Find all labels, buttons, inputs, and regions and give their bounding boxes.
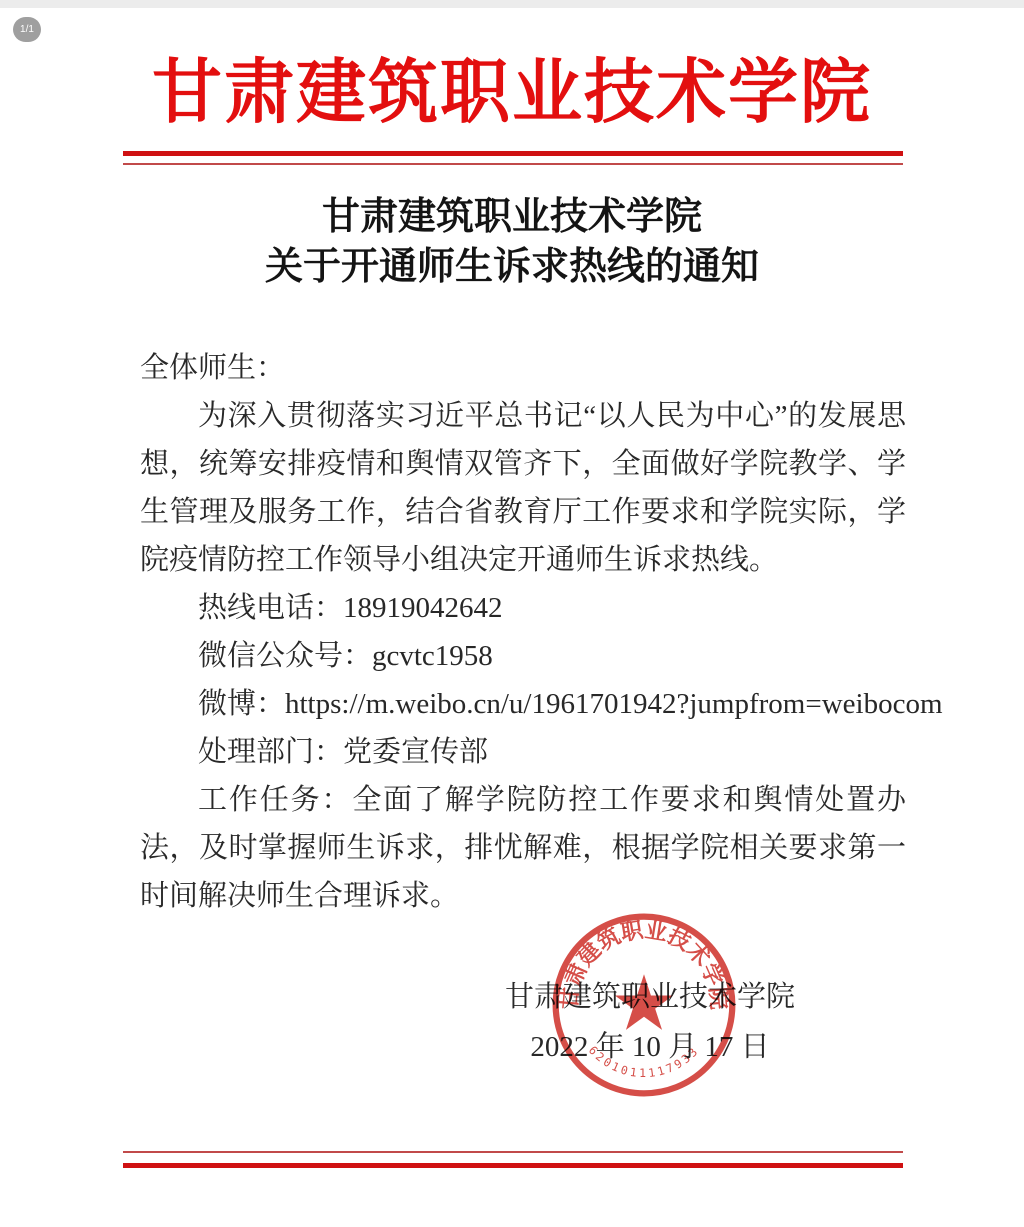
document-title-line2: 关于开通师生诉求热线的通知 (0, 242, 1024, 292)
page-indicator-badge: 1/1 (13, 17, 41, 42)
letterhead-title: 甘肃建筑职业技术学院 (0, 48, 1024, 140)
page-indicator-text: 1/1 (20, 24, 34, 35)
viewer-top-strip (0, 0, 1024, 8)
header-rule-thick (123, 151, 903, 156)
official-seal-stamp: 甘肃建筑职业技术学院 6201011117933 (548, 909, 740, 1101)
document-page: 1/1 甘肃建筑职业技术学院 甘肃建筑职业技术学院 关于开通师生诉求热线的通知 … (0, 0, 1024, 1227)
footer-rule-thick (123, 1163, 903, 1168)
document-title: 甘肃建筑职业技术学院 关于开通师生诉求热线的通知 (0, 192, 1024, 292)
document-title-line1: 甘肃建筑职业技术学院 (0, 192, 1024, 242)
department-line: 处理部门：党委宣传部 (140, 728, 906, 776)
hotline-line: 热线电话：18919042642 (140, 584, 906, 632)
seal-star-icon (615, 974, 673, 1030)
document-body: 全体师生： 为深入贯彻落实习近平总书记“以人民为中心”的发展思想，统筹安排疫情和… (140, 344, 906, 920)
paragraph-tasks: 工作任务：全面了解学院防控工作要求和舆情处置办法，及时掌握师生诉求，排忧解难，根… (140, 776, 906, 920)
paragraph-intro: 为深入贯彻落实习近平总书记“以人民为中心”的发展思想，统筹安排疫情和舆情双管齐下… (140, 392, 906, 584)
weibo-url-line: 微博：https://m.weibo.cn/u/1961701942?jumpf… (140, 680, 906, 728)
seal-code-text: 6201011117933 (586, 1043, 702, 1080)
header-rule-thin (123, 163, 903, 165)
footer-rule-thin (123, 1151, 903, 1153)
wechat-line: 微信公众号：gcvtc1958 (140, 632, 906, 680)
salutation: 全体师生： (140, 344, 906, 392)
